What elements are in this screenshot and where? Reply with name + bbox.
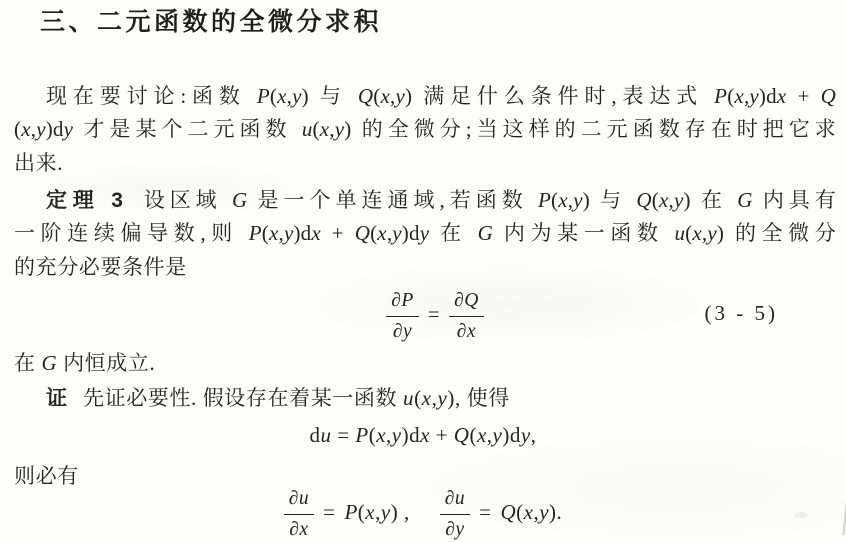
fraction-du-dy: ∂u∂y xyxy=(440,487,470,541)
paragraph1-line3: 出来. xyxy=(14,149,836,177)
theorem-line2: 一阶连续偏导数,则 P(x,y)dx + Q(x,y)dy 在 G 内为某一函数… xyxy=(14,219,836,247)
theorem-line1-text: 设区域 G 是一个单连通域,若函数 P(x,y) 与 Q(x,y) 在 G 内具… xyxy=(139,188,836,212)
equals-sign: = xyxy=(428,302,440,326)
equals-sign: = xyxy=(479,500,491,524)
fraction-numerator: ∂u xyxy=(284,487,314,514)
section-title: 三、二元函数的全微分求积 xyxy=(40,6,382,38)
paragraph1-line1: 现在要讨论:函数 P(x,y) 与 Q(x,y) 满足什么条件时,表达式 P(x… xyxy=(14,82,836,110)
rhs-P: P(x,y) , xyxy=(344,500,409,524)
then-line: 则必有 xyxy=(14,462,836,490)
fraction-denominator: ∂y xyxy=(386,316,419,344)
equals-sign: = xyxy=(323,500,335,524)
fraction-dQ-dx: ∂Q∂x xyxy=(449,289,484,343)
after-equation-line: 在 G 内恒成立. xyxy=(14,349,836,377)
partial-derivatives-equation: ∂u∂x=P(x,y) ,∂u∂y=Q(x,y). xyxy=(0,487,846,541)
fraction-du-dx: ∂u∂x xyxy=(284,487,314,541)
fraction-numerator: ∂Q xyxy=(449,289,484,316)
fraction-denominator: ∂x xyxy=(284,514,314,542)
proof-line: 证先证必要性. 假设存在着某一函数 u(x,y), 使得 xyxy=(14,384,836,413)
equation-number: (3 - 5) xyxy=(705,301,778,326)
textbook-page: 三、二元函数的全微分求积 现在要讨论:函数 P(x,y) 与 Q(x,y) 满足… xyxy=(0,0,846,542)
theorem-label: 定理 3 xyxy=(46,189,124,212)
fraction-numerator: ∂P xyxy=(386,289,419,316)
fraction-denominator: ∂x xyxy=(449,316,484,344)
paragraph1-line2: (x,y)dy 才是某个二元函数 u(x,y) 的全微分;当这样的二元函数存在时… xyxy=(14,115,836,143)
rhs-Q: Q(x,y). xyxy=(500,500,562,524)
theorem-line3: 的充分必要条件是 xyxy=(14,253,836,281)
fraction-dP-dy: ∂P∂y xyxy=(386,289,419,343)
fraction-denominator: ∂y xyxy=(440,514,470,542)
proof-text: 先证必要性. 假设存在着某一函数 u(x,y), 使得 xyxy=(83,386,510,410)
proof-label: 证 xyxy=(46,387,68,410)
theorem-line1: 定理 3设区域 G 是一个单连通域,若函数 P(x,y) 与 Q(x,y) 在 … xyxy=(14,186,836,215)
fraction-numerator: ∂u xyxy=(440,487,470,514)
scan-smudge xyxy=(794,512,808,518)
du-equation: du = P(x,y)dx + Q(x,y)dy, xyxy=(0,423,846,448)
